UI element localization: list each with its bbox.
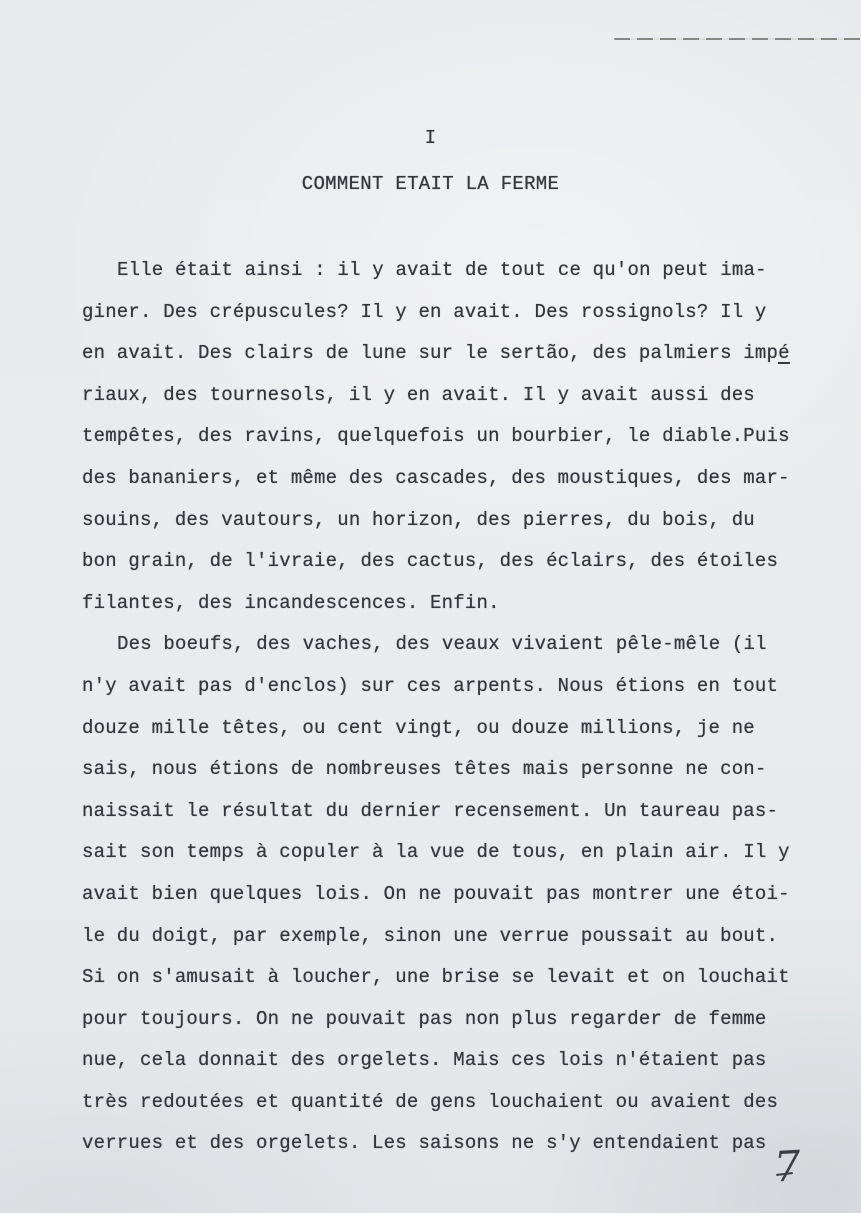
text-line: Si on s'amusait à loucher, une brise se … — [82, 957, 802, 999]
chapter-title: COMMENT ETAIT LA FERME — [0, 174, 861, 194]
text-line: naissait le résultat du dernier recensem… — [82, 791, 802, 833]
text-line: sais, nous étions de nombreuses têtes ma… — [82, 749, 802, 791]
scanned-typewritten-page: { "page": { "paper_color": "#e9ebee", "t… — [0, 0, 861, 1213]
text-line: nue, cela donnait des orgelets. Mais ces… — [82, 1040, 802, 1082]
body-text: Elle était ainsi : il y avait de tout ce… — [82, 250, 802, 1165]
handwritten-page-number: 7 — [773, 1143, 802, 1190]
text-line: douze mille têtes, ou cent vingt, ou dou… — [82, 708, 802, 750]
text-line: giner. Des crépuscules? Il y en avait. D… — [82, 292, 802, 334]
text-line: filantes, des incandescences. Enfin. — [82, 583, 802, 625]
text-line: riaux, des tournesols, il y en avait. Il… — [82, 375, 802, 417]
text-line: bon grain, de l'ivraie, des cactus, des … — [82, 541, 802, 583]
text-line: souins, des vautours, un horizon, des pi… — [82, 500, 802, 542]
chapter-number: I — [0, 128, 861, 148]
text-line: Elle était ainsi : il y avait de tout ce… — [82, 250, 802, 292]
text-line: sait son temps à copuler à la vue de tou… — [82, 832, 802, 874]
text-line: le du doigt, par exemple, sinon une verr… — [82, 916, 802, 958]
text-line: pour toujours. On ne pouvait pas non plu… — [82, 999, 802, 1041]
scan-artifact-line — [614, 38, 861, 40]
text-line: tempêtes, des ravins, quelquefois un bou… — [82, 416, 802, 458]
text-line: en avait. Des clairs de lune sur le sert… — [82, 333, 802, 375]
text-line: verrues et des orgelets. Les saisons ne … — [82, 1123, 802, 1165]
text-line: avait bien quelques lois. On ne pouvait … — [82, 874, 802, 916]
text-line: des bananiers, et même des cascades, des… — [82, 458, 802, 500]
text-line: n'y avait pas d'enclos) sur ces arpents.… — [82, 666, 802, 708]
text-line: très redoutées et quantité de gens louch… — [82, 1082, 802, 1124]
text-line: Des boeufs, des vaches, des veaux vivaie… — [82, 624, 802, 666]
